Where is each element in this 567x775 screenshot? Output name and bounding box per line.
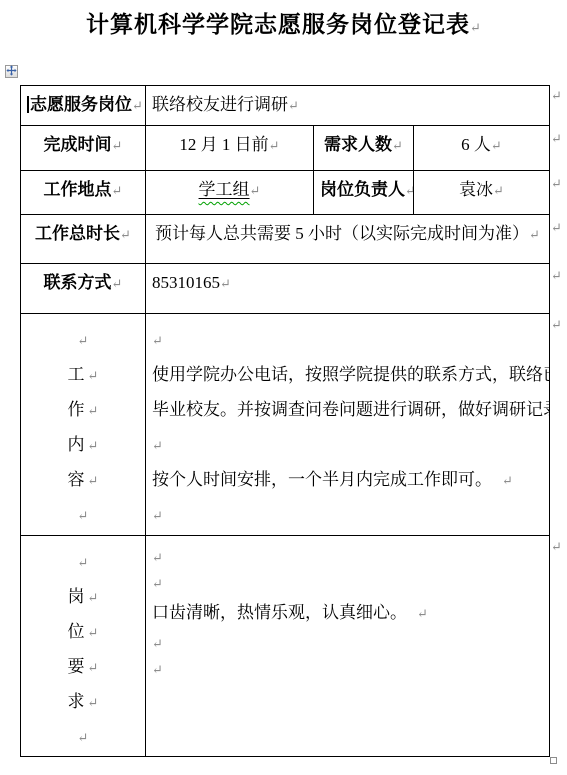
paragraph-mark: ↵ bbox=[112, 138, 123, 153]
cell-position-requirements-value[interactable]: ↵ ↵ 口齿清晰，热情乐观，认真细心。↵ ↵ ↵ bbox=[146, 536, 550, 757]
end-of-row-mark: ↵ bbox=[551, 131, 567, 147]
cell-contact-value[interactable]: 85310165↵ bbox=[146, 264, 550, 314]
paragraph-mark: ↵ bbox=[88, 438, 99, 453]
table-move-handle[interactable] bbox=[5, 65, 18, 78]
move-arrows-icon bbox=[6, 63, 17, 81]
paragraph-mark: ↵ bbox=[78, 555, 89, 570]
paragraph-mark: ↵ bbox=[491, 138, 502, 153]
cell-total-hours-label[interactable]: 工作总时长↵ bbox=[21, 215, 146, 264]
table-row: 工作地点↵ 学工组↵ 岗位负责人↵ 袁冰↵ bbox=[21, 171, 550, 215]
paragraph-mark: ↵ bbox=[250, 183, 261, 198]
cell-location-label[interactable]: 工作地点↵ bbox=[21, 171, 146, 215]
cell-contact-label[interactable]: 联系方式↵ bbox=[21, 264, 146, 314]
paragraph-mark: ↵ bbox=[493, 183, 504, 198]
cell-headcount-value[interactable]: 6 人↵ bbox=[414, 126, 550, 171]
cell-work-content-value[interactable]: ↵ 使用学院办公电话，按照学院提供的联系方式，联络已 毕业校友。并按调查问卷问题… bbox=[146, 314, 550, 536]
end-of-row-mark: ↵ bbox=[551, 539, 567, 555]
grammar-wavy-underline: 学工组 bbox=[199, 180, 250, 199]
paragraph-mark: ↵ bbox=[152, 636, 163, 651]
end-of-row-mark: ↵ bbox=[551, 220, 567, 236]
paragraph-mark: ↵ bbox=[152, 333, 163, 348]
cell-deadline-value[interactable]: 12 月 1 日前↵ bbox=[146, 126, 314, 171]
paragraph-mark: ↵ bbox=[88, 473, 99, 488]
table-row: 工作总时长↵ 预计每人总共需要 5 小时（以实际完成时间为准）↵ bbox=[21, 215, 550, 264]
paragraph-mark: ↵ bbox=[132, 98, 143, 113]
table-row: 联系方式↵ 85310165↵ bbox=[21, 264, 550, 314]
end-of-row-mark: ↵ bbox=[551, 268, 567, 284]
table-row: ↵ 岗↵ 位↵ 要↵ 求↵ ↵ ↵ ↵ 口齿清晰，热情乐观，认真细心。↵ ↵ ↵ bbox=[21, 536, 550, 757]
paragraph-mark: ↵ bbox=[152, 438, 163, 453]
cell-headcount-label[interactable]: 需求人数↵ bbox=[314, 126, 414, 171]
paragraph-mark: ↵ bbox=[120, 227, 131, 242]
paragraph-mark: ↵ bbox=[269, 138, 280, 153]
table-resize-handle[interactable] bbox=[550, 757, 557, 764]
cell-location-value[interactable]: 学工组↵ bbox=[146, 171, 314, 215]
cell-work-content-label[interactable]: ↵ 工↵ 作↵ 内↵ 容↵ ↵ bbox=[21, 314, 146, 536]
paragraph-mark: ↵ bbox=[502, 473, 513, 488]
table-row: 志愿服务岗位↵ 联络校友进行调研↵ bbox=[21, 86, 550, 126]
paragraph-mark: ↵ bbox=[78, 333, 89, 348]
paragraph-mark: ↵ bbox=[88, 695, 99, 710]
cell-position-requirements-label[interactable]: ↵ 岗↵ 位↵ 要↵ 求↵ ↵ bbox=[21, 536, 146, 757]
paragraph-mark: ↵ bbox=[392, 138, 403, 153]
cell-volunteer-position-label[interactable]: 志愿服务岗位↵ bbox=[21, 86, 146, 126]
paragraph-mark: ↵ bbox=[152, 508, 163, 523]
paragraph-mark: ↵ bbox=[88, 625, 99, 640]
page-title: 计算机科学学院志愿服务岗位登记表 bbox=[86, 12, 470, 37]
paragraph-mark: ↵ bbox=[529, 227, 540, 242]
end-of-row-mark: ↵ bbox=[551, 176, 567, 192]
cell-volunteer-position-value[interactable]: 联络校友进行调研↵ bbox=[146, 86, 550, 126]
paragraph-mark: ↵ bbox=[88, 403, 99, 418]
cell-total-hours-value[interactable]: 预计每人总共需要 5 小时（以实际完成时间为准）↵ bbox=[146, 215, 550, 264]
end-of-row-mark: ↵ bbox=[551, 317, 567, 333]
table-row: ↵ 工↵ 作↵ 内↵ 容↵ ↵ ↵ 使用学院办公电话，按照学院提供的联系方式，联… bbox=[21, 314, 550, 536]
cell-supervisor-value[interactable]: 袁冰↵ bbox=[414, 171, 550, 215]
paragraph-mark: ↵ bbox=[220, 276, 231, 291]
paragraph-mark: ↵ bbox=[78, 730, 89, 745]
paragraph-mark: ↵ bbox=[470, 20, 481, 35]
document-title-line[interactable]: 计算机科学学院志愿服务岗位登记表↵ bbox=[0, 6, 567, 39]
paragraph-mark: ↵ bbox=[152, 576, 163, 591]
paragraph-mark: ↵ bbox=[417, 606, 428, 621]
paragraph-mark: ↵ bbox=[88, 660, 99, 675]
paragraph-mark: ↵ bbox=[152, 662, 163, 677]
paragraph-mark: ↵ bbox=[112, 276, 123, 291]
table-row: 完成时间↵ 12 月 1 日前↵ 需求人数↵ 6 人↵ bbox=[21, 126, 550, 171]
cell-deadline-label[interactable]: 完成时间↵ bbox=[21, 126, 146, 171]
end-of-row-mark: ↵ bbox=[551, 88, 567, 104]
word-document-page: 计算机科学学院志愿服务岗位登记表↵ 志愿服务岗位↵ 联络校友进行调研↵ 完成时间… bbox=[0, 0, 567, 775]
text-cursor bbox=[27, 96, 29, 113]
paragraph-mark: ↵ bbox=[88, 590, 99, 605]
paragraph-mark: ↵ bbox=[112, 183, 123, 198]
paragraph-mark: ↵ bbox=[405, 183, 414, 198]
registration-table: 志愿服务岗位↵ 联络校友进行调研↵ 完成时间↵ 12 月 1 日前↵ 需求人数↵… bbox=[20, 85, 550, 757]
paragraph-mark: ↵ bbox=[152, 550, 163, 565]
paragraph-mark: ↵ bbox=[88, 368, 99, 383]
paragraph-mark: ↵ bbox=[288, 98, 299, 113]
cell-supervisor-label[interactable]: 岗位负责人↵ bbox=[314, 171, 414, 215]
paragraph-mark: ↵ bbox=[78, 508, 89, 523]
